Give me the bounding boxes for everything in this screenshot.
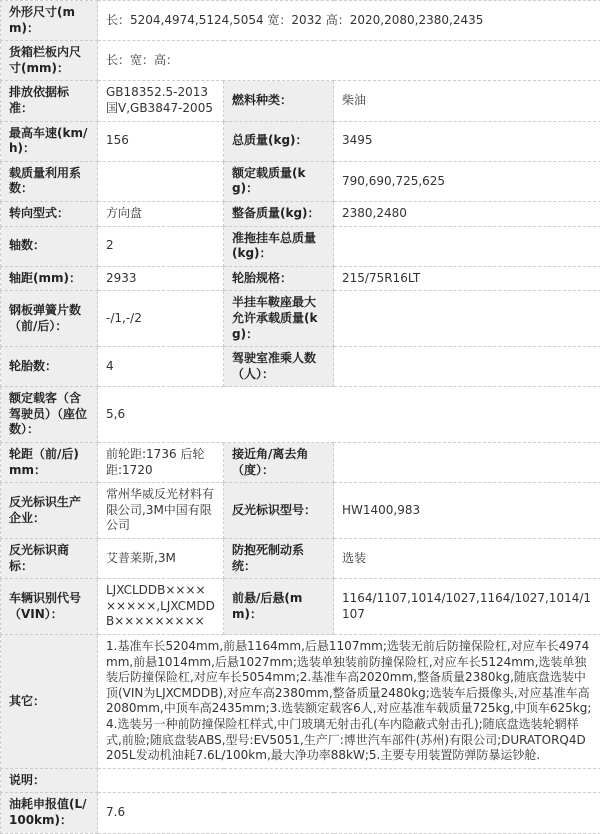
label-approach-angle: 接近角/离去角（度）： [224, 443, 334, 483]
row-springs-saddle: 钢板弹簧片数（前/后）： -/1,-/2 半挂车鞍座最大允许承载质量(kg)： [1, 291, 600, 347]
value-reflective-brand: 艾普莱斯,3M [98, 539, 224, 579]
row-cargo-box-inner: 货箱栏板内尺寸(mm)： 长：宽：高： [1, 41, 600, 81]
label-reflective-brand: 反光标识商标： [1, 539, 98, 579]
label-other: 其它： [1, 635, 98, 769]
value-trailer-mass [334, 226, 600, 266]
row-emission-fuel: 排放依据标准： GB18352.5-2013国V,GB3847-2005 燃料种… [1, 81, 600, 121]
value-overhang: 1164/1107,1014/1027,1164/1027,1014/1107 [334, 579, 600, 635]
value-other: 1.基准车长5204mm,前悬1164mm,后悬1107mm;选装无前后防撞保险… [98, 635, 600, 769]
label-rated-passengers: 额定载客（含驾驶员）（座位数）： [1, 387, 98, 443]
label-tire-spec: 轮胎规格： [224, 266, 334, 291]
label-fuel-consumption: 油耗申报值(L/100km)： [1, 793, 98, 833]
value-axle-count: 2 [98, 226, 224, 266]
value-tire-spec: 215/75R16LT [334, 266, 600, 291]
label-steering-type: 转向型式： [1, 201, 98, 226]
value-exterior-dimensions: 长：5204,4974,5124,5054 宽：2032 高：2020,2080… [98, 1, 600, 41]
row-reflective-brand-abs: 反光标识商标： 艾普莱斯,3M 防抱死制动系统： 选装 [1, 539, 600, 579]
label-axle-count: 轴数： [1, 226, 98, 266]
vehicle-spec-table: 外形尺寸(mm)： 长：5204,4974,5124,5054 宽：2032 高… [0, 0, 600, 834]
label-curb-weight: 整备质量(kg)： [224, 201, 334, 226]
label-rated-load: 额定载质量(kg)： [224, 161, 334, 201]
value-load-utilization [98, 161, 224, 201]
label-abs: 防抱死制动系统： [224, 539, 334, 579]
row-load-coefficient: 载质量利用系数： 额定载质量(kg)： 790,690,725,625 [1, 161, 600, 201]
row-fuel-consumption: 油耗申报值(L/100km)： 7.6 [1, 793, 600, 833]
row-wheelbase-tire: 轴距(mm)： 2933 轮胎规格： 215/75R16LT [1, 266, 600, 291]
value-wheelbase: 2933 [98, 266, 224, 291]
value-saddle-load [334, 291, 600, 347]
label-reflective-manufacturer: 反光标识生产企业： [1, 483, 98, 539]
value-steering-type: 方向盘 [98, 201, 224, 226]
row-other: 其它： 1.基准车长5204mm,前悬1164mm,后悬1107mm;选装无前后… [1, 635, 600, 769]
value-vin: LJXCLDDB×××××××××,LJXCMDDB××××××××× [98, 579, 224, 635]
label-total-mass: 总质量(kg)： [224, 121, 334, 161]
label-vin: 车辆识别代号（VIN）： [1, 579, 98, 635]
value-emission-standard: GB18352.5-2013国V,GB3847-2005 [98, 81, 224, 121]
label-tire-count: 轮胎数： [1, 347, 98, 387]
value-tire-count: 4 [98, 347, 224, 387]
value-fuel-consumption: 7.6 [98, 793, 600, 833]
row-speed-mass: 最高车速(km/h)： 156 总质量(kg)： 3495 [1, 121, 600, 161]
value-spring-leaves: -/1,-/2 [98, 291, 224, 347]
value-cargo-box-inner: 长：宽：高： [98, 41, 600, 81]
label-track-width: 轮距（前/后)mm： [1, 443, 98, 483]
value-curb-weight: 2380,2480 [334, 201, 600, 226]
value-cab-passengers [334, 347, 600, 387]
label-emission-standard: 排放依据标准： [1, 81, 98, 121]
value-track-width: 前轮距:1736 后轮距:1720 [98, 443, 224, 483]
value-total-mass: 3495 [334, 121, 600, 161]
value-rated-load: 790,690,725,625 [334, 161, 600, 201]
row-rated-passengers: 额定载客（含驾驶员）（座位数）： 5,6 [1, 387, 600, 443]
vehicle-spec-page: 外形尺寸(mm)： 长：5204,4974,5124,5054 宽：2032 高… [0, 0, 600, 834]
label-saddle-load: 半挂车鞍座最大允许承载质量(kg)： [224, 291, 334, 347]
label-notes: 说明： [1, 768, 98, 793]
label-reflective-model: 反光标识型号： [224, 483, 334, 539]
label-exterior-dimensions: 外形尺寸(mm)： [1, 1, 98, 41]
label-fuel-type: 燃料种类： [224, 81, 334, 121]
row-tires-cab: 轮胎数： 4 驾驶室准乘人数（人）： [1, 347, 600, 387]
row-notes: 说明： [1, 768, 600, 793]
value-fuel-type: 柴油 [334, 81, 600, 121]
label-spring-leaves: 钢板弹簧片数（前/后）： [1, 291, 98, 347]
label-overhang: 前悬/后悬(mm)： [224, 579, 334, 635]
row-steering-curb: 转向型式： 方向盘 整备质量(kg)： 2380,2480 [1, 201, 600, 226]
value-abs: 选装 [334, 539, 600, 579]
value-max-speed: 156 [98, 121, 224, 161]
row-reflective-maker: 反光标识生产企业： 常州华威反光材料有限公司,3M中国有限公司 反光标识型号： … [1, 483, 600, 539]
value-notes [98, 768, 600, 793]
row-exterior-dimensions: 外形尺寸(mm)： 长：5204,4974,5124,5054 宽：2032 高… [1, 1, 600, 41]
value-rated-passengers: 5,6 [98, 387, 600, 443]
row-vin-overhang: 车辆识别代号（VIN）： LJXCLDDB×××××××××,LJXCMDDB×… [1, 579, 600, 635]
label-cargo-box-inner: 货箱栏板内尺寸(mm)： [1, 41, 98, 81]
label-trailer-mass: 准拖挂车总质量(kg)： [224, 226, 334, 266]
row-track-angles: 轮距（前/后)mm： 前轮距:1736 后轮距:1720 接近角/离去角（度）： [1, 443, 600, 483]
value-reflective-model: HW1400,983 [334, 483, 600, 539]
value-approach-angle [334, 443, 600, 483]
row-axles-trailer: 轴数： 2 准拖挂车总质量(kg)： [1, 226, 600, 266]
label-max-speed: 最高车速(km/h)： [1, 121, 98, 161]
value-reflective-manufacturer: 常州华威反光材料有限公司,3M中国有限公司 [98, 483, 224, 539]
label-wheelbase: 轴距(mm)： [1, 266, 98, 291]
label-load-utilization: 载质量利用系数： [1, 161, 98, 201]
label-cab-passengers: 驾驶室准乘人数（人）： [224, 347, 334, 387]
